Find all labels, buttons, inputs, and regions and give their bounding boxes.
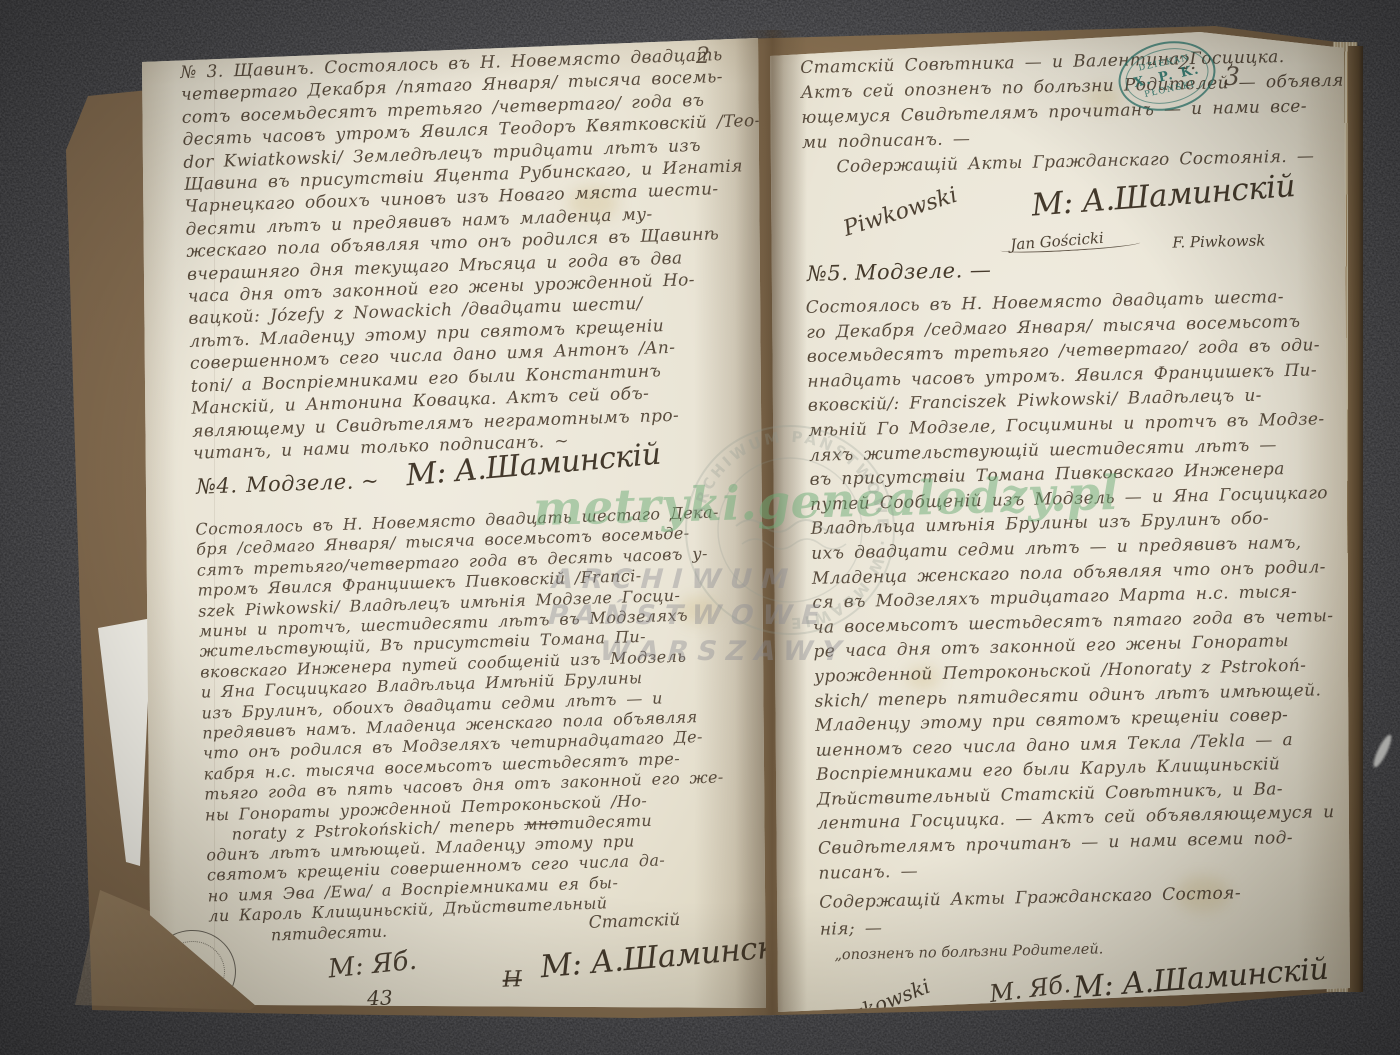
strike-post: тидесяти: [558, 811, 652, 833]
witness-signature-2: F. Piwkowsk: [1172, 231, 1265, 251]
entry-4-number: №4.: [196, 473, 238, 498]
photo-of-register-book: 2 № 3. Щавинъ. Состоялось въ Н. Новемяст…: [0, 0, 1400, 1055]
clerk-initials: М: Яб.: [327, 946, 418, 985]
entry-4-place: Модзеле. ~: [246, 469, 380, 497]
tail-word-right: Статскій: [588, 910, 680, 933]
entry-5-number: №5.: [807, 261, 849, 286]
archive-seal-watermark: ARCHIWUM PAŃSTWOWE · W MŁAWIE ·: [658, 398, 922, 662]
entry-5-place: Модзеле. —: [855, 258, 992, 285]
tail-word-left: пятидесяти.: [271, 922, 388, 945]
entry-4-continuation: Статскій Совѣтника — и Валентина Госцицк…: [800, 44, 1352, 181]
margin-mark: Н: [502, 967, 522, 993]
registrar-signature-main: М: А.Шаминскій: [539, 927, 805, 985]
spine-edge: [1348, 46, 1363, 992]
struck-word: мно: [524, 814, 559, 834]
entry-5-closing: Содержащій Акты Гражданскаго Состоя-нія;…: [819, 880, 1242, 944]
father-signature: Piwkowski: [841, 183, 961, 242]
